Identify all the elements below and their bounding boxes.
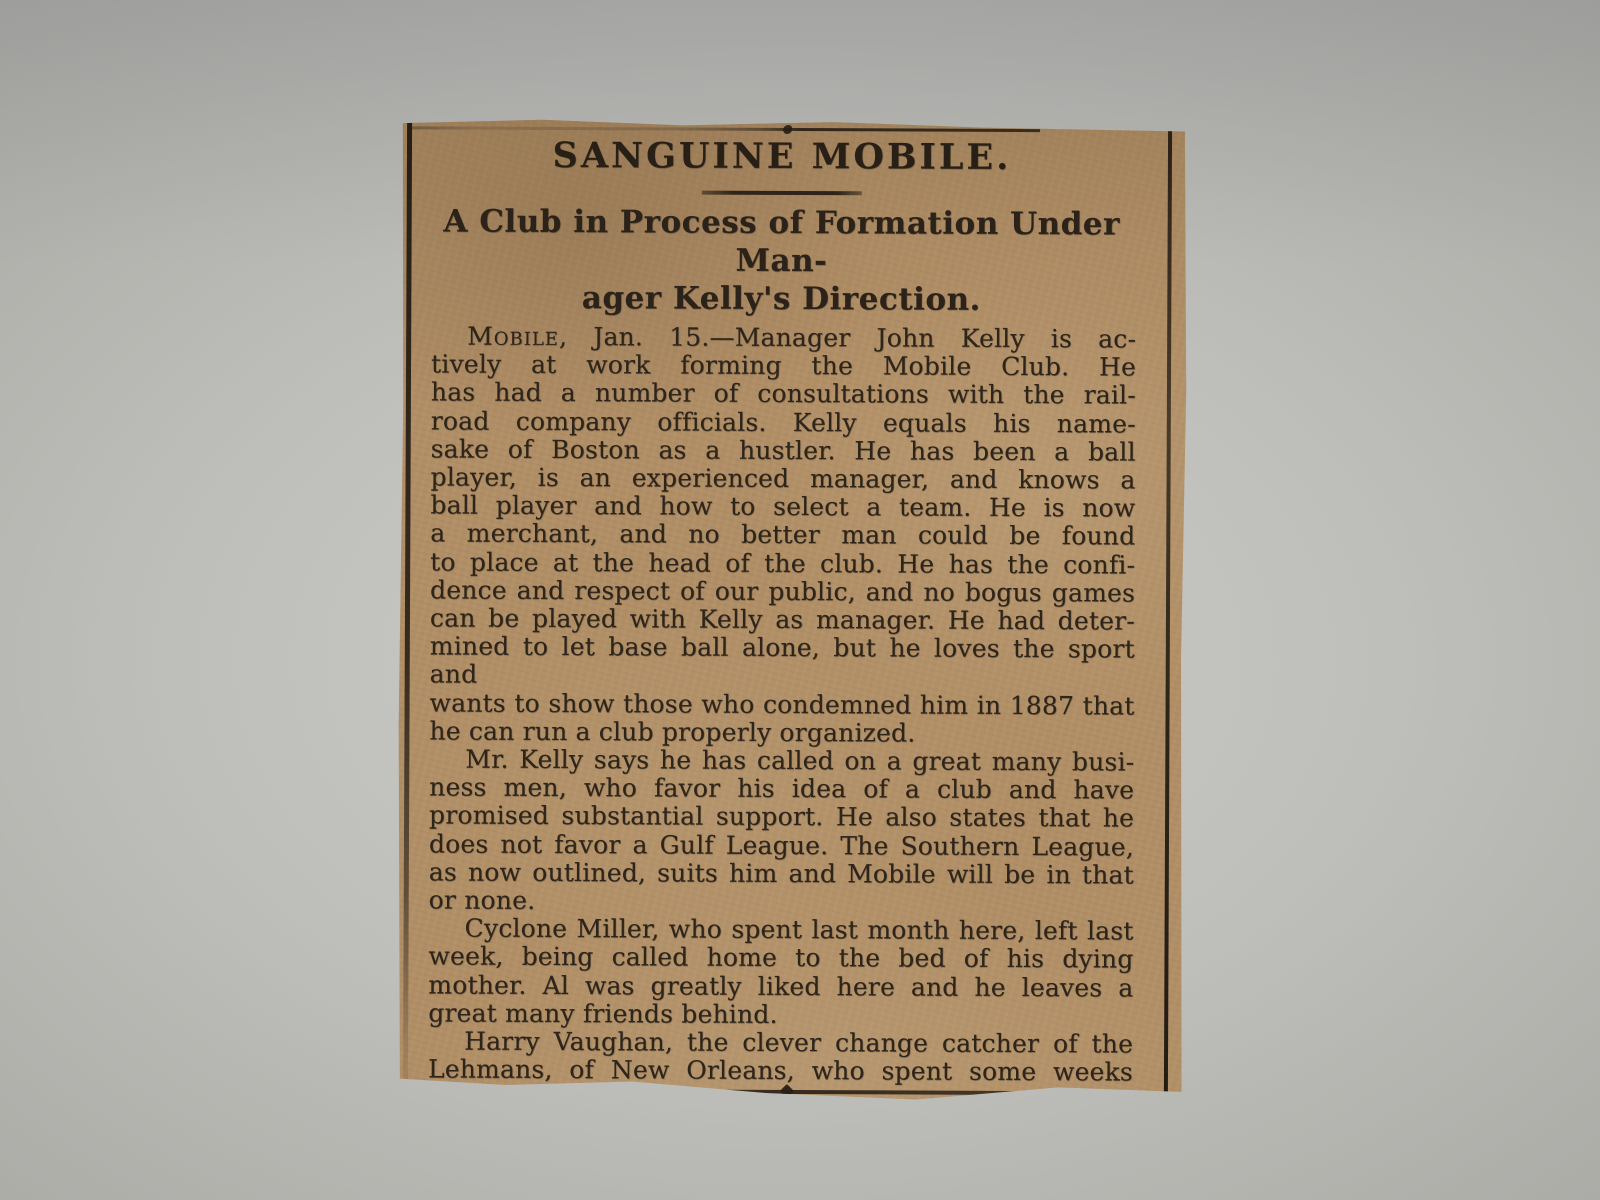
body-line: ness men, who favor his idea of a club a… — [429, 774, 1134, 805]
body-line: week, being called home to the bed of hi… — [428, 943, 1133, 974]
paragraph: Harry Vaughan, the clever change catcher… — [428, 1027, 1133, 1143]
body-line: has gone home. — [428, 1112, 1133, 1143]
body-line: has had a number of consultations with t… — [431, 379, 1136, 410]
body-line: can be played with Kelly as manager. He … — [430, 604, 1135, 635]
body-line: road company officials. Kelly equals his… — [431, 407, 1136, 438]
headline-divider — [702, 191, 862, 196]
headline: SANGUINE MOBILE. — [414, 134, 1150, 179]
body-line: a merchant, and no better man could be f… — [430, 520, 1135, 551]
body-line: or none. — [429, 886, 1134, 917]
body-line: player, is an experienced manager, and k… — [430, 463, 1135, 494]
top-cutoff-rule — [412, 126, 1040, 132]
body-line: Mobile, Jan. 15.—Manager John Kelly is a… — [431, 322, 1136, 353]
body-line: great many friends behind. — [428, 999, 1133, 1030]
article-content: SANGUINE MOBILE. A Club in Process of Fo… — [410, 134, 1150, 1143]
body-line: Cyclone Miller, who spent last month her… — [429, 915, 1134, 946]
paragraph: Cyclone Miller, who spent last month her… — [428, 915, 1133, 1031]
body-line: ball player and how to select a team. He… — [430, 492, 1135, 523]
subhead-line-2: ager Kelly's Direction. — [413, 278, 1149, 319]
article-body: Mobile, Jan. 15.—Manager John Kelly is a… — [410, 322, 1150, 1143]
body-line: mother. Al was greatly liked here and he… — [428, 971, 1133, 1002]
body-line: tively at work forming the Mobile Club. … — [431, 351, 1136, 382]
body-line: promised substantial support. He also st… — [429, 802, 1134, 833]
body-line: to place at the head of the club. He has… — [430, 548, 1135, 579]
body-line: does not favor a Gulf League. The Southe… — [429, 830, 1134, 861]
right-column-rule — [1164, 126, 1172, 1100]
body-line: Mr. Kelly says he has called on a great … — [429, 745, 1134, 776]
body-line: sake of Boston as a hustler. He has been… — [431, 435, 1136, 466]
body-line: mined to let base ball alone, but he lov… — [430, 633, 1135, 692]
body-line: dence and respect of our public, and no … — [430, 576, 1135, 607]
paragraph: Mr. Kelly says he has called on a great … — [429, 745, 1135, 917]
body-line: he can run a club properly organized. — [429, 717, 1134, 748]
paragraph: Mobile, Jan. 15.—Manager John Kelly is a… — [429, 322, 1136, 748]
body-line: Lehmans, of New Orleans, who spent some … — [428, 1056, 1133, 1115]
newspaper-clipping: SANGUINE MOBILE. A Club in Process of Fo… — [396, 112, 1188, 1101]
body-line: wants to show those who condemned him in… — [430, 689, 1135, 720]
body-line: Harry Vaughan, the clever change catcher… — [428, 1027, 1133, 1058]
body-line: as now outlined, suits him and Mobile wi… — [429, 858, 1134, 889]
dateline-smallcaps: Mobile — [467, 322, 559, 351]
subhead-line-1: A Club in Process of Formation Under Man… — [413, 202, 1149, 281]
